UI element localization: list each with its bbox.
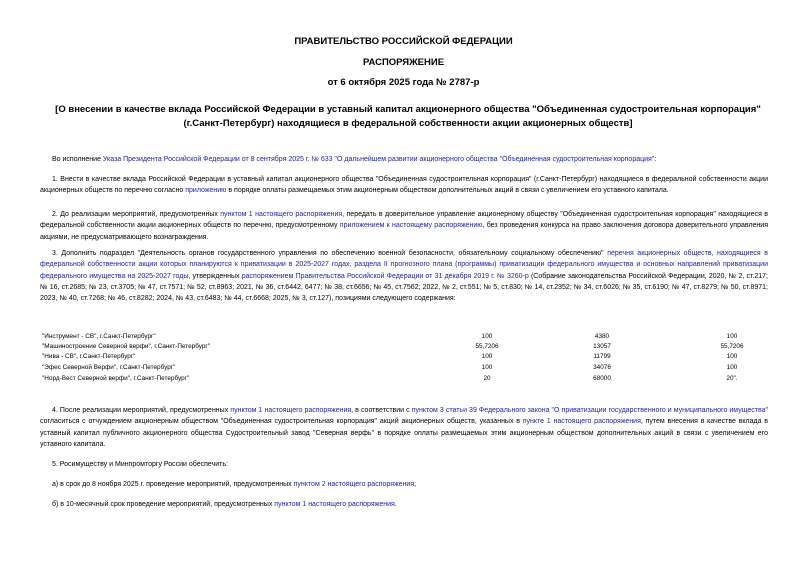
paragraph-4: 4. После реализации мероприятий, предусм…	[40, 405, 768, 450]
decree-link[interactable]: Указа Президента Российской Федерации от…	[103, 156, 654, 163]
document-title: [О внесении в качестве вклада Российской…	[52, 103, 764, 131]
appendix-link[interactable]: приложению	[185, 187, 226, 194]
point-1-link[interactable]: пунктом 1 настоящего распоряжения	[220, 211, 342, 218]
table-row: "Эфес Северной Верфи", г.Санкт-Петербург…	[42, 364, 772, 374]
document-type-heading: РАСПОРЯЖЕНИЕ	[0, 57, 807, 68]
table-row: "Нива - СВ", г.Санкт-Петербург" 100 1179…	[42, 353, 772, 363]
point-1-link[interactable]: пунктом 1 настоящего распоряжения	[230, 407, 351, 414]
paragraph-3: 3. Дополнить подраздел "Деятельность орг…	[40, 248, 768, 304]
paragraph-5a: а) в срок до 8 ноября 2025 г. проведение…	[40, 479, 768, 490]
point-1-link[interactable]: пунктом 1 настоящего распоряжения	[274, 501, 395, 508]
table-row: "Норд-Вест Северной верфи", г.Санкт-Пете…	[42, 375, 772, 385]
point-1-link[interactable]: пункте 1 настоящего распоряжения	[523, 418, 641, 425]
government-heading: ПРАВИТЕЛЬСТВО РОССИЙСКОЙ ФЕДЕРАЦИИ	[0, 36, 807, 47]
appendix-link[interactable]: приложением к настоящему распоряжению	[340, 222, 483, 229]
federal-law-link[interactable]: пунктом 3 статьи 39 Федерального закона …	[412, 407, 768, 414]
point-2-link[interactable]: пунктом 2 настоящего распоряжения	[294, 481, 415, 488]
table-row: "Инструмент - СВ", г.Санкт-Петербург" 10…	[42, 333, 772, 343]
document-date-number: от 6 октября 2025 года № 2787-р	[0, 77, 807, 88]
intro-paragraph: Во исполнение Указа Президента Российско…	[40, 154, 768, 165]
paragraph-2: 2. До реализации мероприятий, предусмотр…	[40, 209, 768, 243]
paragraph-5: 5. Росимуществу и Минпромторгу России об…	[40, 459, 768, 470]
government-order-link[interactable]: распоряжением Правительства Российской Ф…	[242, 273, 529, 280]
table-row: "Машиностроение Северной верфи", г.Санкт…	[42, 343, 772, 353]
paragraph-5b: б) в 10-месячный срок проведение меропри…	[40, 499, 768, 510]
paragraph-1: 1. Внести в качестве вклада Российской Ф…	[40, 174, 768, 197]
